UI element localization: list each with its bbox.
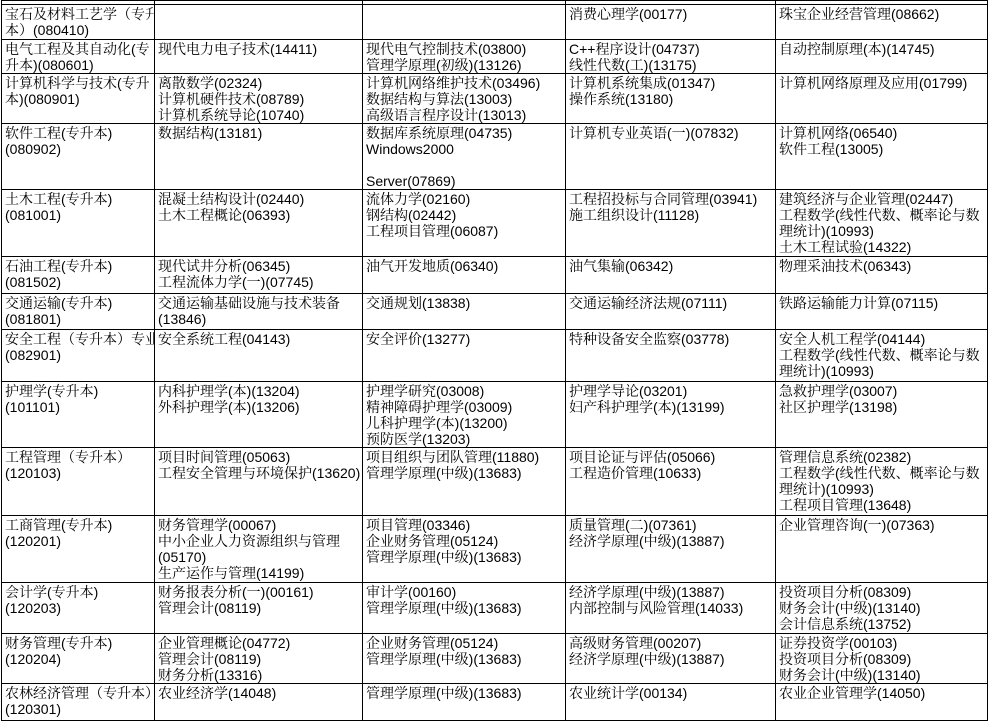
cell-line: (082901) (5, 347, 152, 363)
cell-line: 工程项目管理(06087) (366, 223, 563, 239)
table-row: 安全工程（专升本）专业(082901)安全系统工程(04143)安全评价(132… (2, 330, 988, 382)
table-row: 计算机科学与技术(专升本)(080901)离散数学(02324)计算机硬件技术(… (2, 74, 988, 124)
cell-line: 管理学原理(中级)(13683) (366, 465, 563, 481)
cell-line: 油气开发地质(06340) (366, 258, 563, 274)
course-cell: 项目组织与团队管理(11880)管理学原理(中级)(13683) (363, 448, 566, 516)
cell-line: 安全系统工程(04143) (158, 331, 360, 347)
cell-line: 财务分析(13316) (158, 667, 360, 683)
course-cell: 交通运输经济法规(07111) (566, 294, 776, 330)
cell-line: 社区护理学(13198) (779, 399, 985, 415)
cell-line: 中小企业人力资源组织与管理 (158, 533, 360, 549)
cell-line: 线性代数(工)(13175) (569, 57, 773, 73)
cell-line: 投资项目分析(08309) (779, 584, 985, 600)
table-row: 护理学(专升本)(101101)内科护理学(本)(13204)外科护理学(本)(… (2, 382, 988, 448)
cell-line: 计算机科学与技术(专升 (5, 75, 152, 91)
cell-line: 农业企业管理学(14050) (779, 685, 985, 701)
course-cell: 护理学研究(03008)精神障碍护理学(03009)儿科护理学(本)(13200… (363, 382, 566, 448)
course-cell: 混凝土结构设计(02440)土木工程概论(06393) (155, 190, 363, 257)
major-cell: 安全工程（专升本）专业(082901) (2, 330, 155, 382)
cell-line: (13846) (158, 311, 360, 327)
course-cell: 计算机系统集成(01347)操作系统(13180) (566, 74, 776, 124)
cell-line: 软件工程(13005) (779, 141, 985, 157)
course-cell: 数据库系统原理(04735)Windows2000 Server(07869) (363, 124, 566, 190)
cell-line: 理统计)(10993) (779, 481, 985, 497)
cell-line: 安全人机工程学(04144) (779, 331, 985, 347)
cell-line: 管理学原理(中级)(13683) (366, 549, 563, 565)
cell-line: 管理学原理(中级)(13683) (366, 600, 563, 616)
course-cell: 消费心理学(00177) (566, 5, 776, 40)
cell-line: 升本)(080601) (5, 57, 152, 73)
course-cell: 计算机网络维护技术(03496)数据结构与算法(13003)高级语言程序设计(1… (363, 74, 566, 124)
cell-line: 电气工程及其自动化(专 (5, 41, 152, 57)
cell-line: 经济学原理(中级)(13887) (569, 651, 773, 667)
cell-line: (081001) (5, 207, 152, 223)
course-cell: 质量管理(二)(07361)经济学原理(中级)(13887) (566, 516, 776, 583)
course-cell: 管理信息系统(02382)工程数学(线性代数、概率论与数理统计)(10993)工… (776, 448, 988, 516)
cell-line: 妇产科护理学(本)(13199) (569, 399, 773, 415)
cell-line: 数据库系统原理(04735) (366, 125, 563, 141)
cell-line: (120103) (5, 465, 152, 481)
cell-line: 计算机网络维护技术(03496) (366, 75, 563, 91)
major-cell: 宝石及材料工艺学（专升本）(080410) (2, 5, 155, 40)
cell-line: 高级语言程序设计(13013) (366, 107, 563, 123)
cell-line: 投资项目分析(08309) (779, 651, 985, 667)
course-cell: 企业管理咨询(一)(07363) (776, 516, 988, 583)
course-cell: 安全人机工程学(04144)工程数学(线性代数、概率论与数理统计)(10993) (776, 330, 988, 382)
cell-line: 离散数学(02324) (158, 75, 360, 91)
course-cell: 财务管理学(00067)中小企业人力资源组织与管理(05170)生产运作与管理(… (155, 516, 363, 583)
course-cell: 铁路运输能力计算(07115) (776, 294, 988, 330)
cell-line: 珠宝企业经营管理(08662) (779, 6, 985, 22)
course-cell: 油气集输(06342) (566, 257, 776, 294)
cell-line: 高级财务管理(00207) (569, 635, 773, 651)
cell-line: 财务管理(专升本) (5, 635, 152, 651)
cell-line (366, 157, 563, 173)
course-cell: 财务报表分析(一)(00161)管理会计(08119) (155, 583, 363, 634)
cell-line: 企业财务管理(05124) (366, 635, 563, 651)
cell-line: 管理学原理(中级)(13683) (366, 651, 563, 667)
cell-line: 财务报表分析(一)(00161) (158, 584, 360, 600)
course-schedule-table: 宝石及材料工艺学（专升本）(080410)消费心理学(00177)珠宝企业经营管… (1, 0, 988, 721)
cell-line: 证券投资学(00103) (779, 635, 985, 651)
cell-line: 护理学研究(03008) (366, 383, 563, 399)
cell-line: 交通运输(专升本) (5, 295, 152, 311)
major-cell: 计算机科学与技术(专升本)(080901) (2, 74, 155, 124)
cell-line: 农林经济管理（专升本） (5, 685, 152, 701)
cell-line: 土木工程概论(06393) (158, 207, 360, 223)
course-cell: 经济学原理(中级)(13887)内部控制与风险管理(14033) (566, 583, 776, 634)
cell-line: 交通运输经济法规(07111) (569, 295, 773, 311)
cell-line: 钢结构(02442) (366, 207, 563, 223)
cell-line: 土木工程试验(14322) (779, 239, 985, 255)
cell-line: 项目管理(03346) (366, 517, 563, 533)
table-row: 工程管理（专升本）(120103)项目时间管理(05063)工程安全管理与环境保… (2, 448, 988, 516)
cell-line: C++程序设计(04737) (569, 41, 773, 57)
major-cell: 交通运输(专升本)(081801) (2, 294, 155, 330)
cell-line: 铁路运输能力计算(07115) (779, 295, 985, 311)
major-cell: 工商管理(专升本)(120201) (2, 516, 155, 583)
cell-line: 施工组织设计(11128) (569, 207, 773, 223)
course-cell: 计算机网络原理及应用(01799) (776, 74, 988, 124)
course-cell: 高级财务管理(00207)经济学原理(中级)(13887) (566, 634, 776, 684)
course-cell: 珠宝企业经营管理(08662) (776, 5, 988, 40)
major-cell: 土木工程(专升本)(081001) (2, 190, 155, 257)
cell-line: 财务管理学(00067) (158, 517, 360, 533)
cell-line: 安全评价(13277) (366, 331, 563, 347)
major-cell: 工程管理（专升本）(120103) (2, 448, 155, 516)
cell-line: 工程项目管理(13648) (779, 497, 985, 513)
cell-line: 项目组织与团队管理(11880) (366, 449, 563, 465)
course-cell (363, 5, 566, 40)
table-row: 财务管理(专升本)(120204)企业管理概论(04772)管理会计(08119… (2, 634, 988, 684)
cell-line: 管理会计(08119) (158, 600, 360, 616)
major-cell: 会计学(专升本)(120203) (2, 583, 155, 634)
course-cell: 计算机网络(06540)软件工程(13005) (776, 124, 988, 190)
cell-line: 工程管理（专升本） (5, 449, 152, 465)
cell-line: 计算机专业英语(一)(07832) (569, 125, 773, 141)
course-cell: 油气开发地质(06340) (363, 257, 566, 294)
cell-line: 现代试井分析(06345) (158, 258, 360, 274)
cell-line: 外科护理学(本)(13206) (158, 399, 360, 415)
cell-line: Windows2000 (366, 141, 563, 157)
cell-line: (081801) (5, 311, 152, 327)
cell-line: 计算机系统集成(01347) (569, 75, 773, 91)
table-row: 农林经济管理（专升本）(120301)农业经济学(14048)管理学原理(中级)… (2, 684, 988, 721)
cell-line: 流体力学(02160) (366, 191, 563, 207)
major-cell: 石油工程(专升本)(081502) (2, 257, 155, 294)
course-cell: 离散数学(02324)计算机硬件技术(08789)计算机系统导论(10740) (155, 74, 363, 124)
course-cell: C++程序设计(04737)线性代数(工)(13175) (566, 40, 776, 74)
cell-line: 会计学(专升本) (5, 584, 152, 600)
cell-line: (120203) (5, 600, 152, 616)
cell-line: (080902) (5, 141, 152, 157)
cell-line: 经济学原理(中级)(13887) (569, 533, 773, 549)
cell-line: 操作系统(13180) (569, 91, 773, 107)
cell-line: 急救护理学(03007) (779, 383, 985, 399)
cell-line: 计算机系统导论(10740) (158, 107, 360, 123)
table-row: 交通运输(专升本)(081801)交通运输基础设施与技术装备(13846)交通规… (2, 294, 988, 330)
course-cell: 项目时间管理(05063)工程安全管理与环境保护(13620) (155, 448, 363, 516)
cell-line: 审计学(00160) (366, 584, 563, 600)
course-cell: 物理采油技术(06343) (776, 257, 988, 294)
cell-line: 物理采油技术(06343) (779, 258, 985, 274)
course-cell: 护理学导论(03201)妇产科护理学(本)(13199) (566, 382, 776, 448)
cell-line: 特种设备安全监察(03778) (569, 331, 773, 347)
cell-line: 混凝土结构设计(02440) (158, 191, 360, 207)
cell-line: 管理会计(08119) (158, 651, 360, 667)
cell-line: 消费心理学(00177) (569, 6, 773, 22)
cell-line: 计算机硬件技术(08789) (158, 91, 360, 107)
table-row: 软件工程(专升本)(080902)数据结构(13181)数据库系统原理(0473… (2, 124, 988, 190)
cell-line: 计算机网络原理及应用(01799) (779, 75, 985, 91)
cell-line: 农业统计学(00134) (569, 685, 773, 701)
course-cell: 审计学(00160)管理学原理(中级)(13683) (363, 583, 566, 634)
table-row: 宝石及材料工艺学（专升本）(080410)消费心理学(00177)珠宝企业经营管… (2, 5, 988, 40)
cell-line: 预防医学(13203) (366, 431, 563, 447)
course-cell: 企业管理概论(04772)管理会计(08119)财务分析(13316) (155, 634, 363, 684)
document-page: 宝石及材料工艺学（专升本）(080410)消费心理学(00177)珠宝企业经营管… (0, 0, 990, 721)
cell-line: 建筑经济与企业管理(02447) (779, 191, 985, 207)
course-cell: 现代电力电子技术(14411) (155, 40, 363, 74)
cell-line: 内科护理学(本)(13204) (158, 383, 360, 399)
course-cell (155, 5, 363, 40)
cell-line: (120201) (5, 533, 152, 549)
course-cell: 项目论证与评估(05066)工程造价管理(10633) (566, 448, 776, 516)
cell-line: 项目论证与评估(05066) (569, 449, 773, 465)
cell-line: 财务会计(中级)(13140) (779, 600, 985, 616)
course-cell: 特种设备安全监察(03778) (566, 330, 776, 382)
course-table-body: 宝石及材料工艺学（专升本）(080410)消费心理学(00177)珠宝企业经营管… (2, 1, 988, 721)
cell-line: 农业经济学(14048) (158, 685, 360, 701)
course-cell: 数据结构(13181) (155, 124, 363, 190)
cell-line: 管理学原理(中级)(13683) (366, 685, 563, 701)
course-cell: 农业企业管理学(14050) (776, 684, 988, 721)
table-row: 会计学(专升本)(120203)财务报表分析(一)(00161)管理会计(081… (2, 583, 988, 634)
cell-line: 工商管理(专升本) (5, 517, 152, 533)
cell-line: 工程招投标与合同管理(03941) (569, 191, 773, 207)
cell-line: 护理学(专升本) (5, 383, 152, 399)
cell-line: 工程造价管理(10633) (569, 465, 773, 481)
cell-line: 企业财务管理(05124) (366, 533, 563, 549)
cell-line: 工程数学(线性代数、概率论与数 (779, 465, 985, 481)
major-cell: 电气工程及其自动化(专升本)(080601) (2, 40, 155, 74)
course-cell: 证券投资学(00103)投资项目分析(08309)财务会计(中级)(13140) (776, 634, 988, 684)
table-row: 石油工程(专升本)(081502)现代试井分析(06345)工程流体力学(一)(… (2, 257, 988, 294)
cell-line: (101101) (5, 399, 152, 415)
major-cell: 农林经济管理（专升本）(120301) (2, 684, 155, 721)
cell-line: (05170) (158, 549, 360, 565)
cell-line: 本)(080901) (5, 91, 152, 107)
major-cell: 财务管理(专升本)(120204) (2, 634, 155, 684)
major-cell: 软件工程(专升本)(080902) (2, 124, 155, 190)
course-cell: 流体力学(02160)钢结构(02442)工程项目管理(06087) (363, 190, 566, 257)
cell-line: 数据结构(13181) (158, 125, 360, 141)
cell-line: (120301) (5, 701, 152, 717)
table-row: 电气工程及其自动化(专升本)(080601)现代电力电子技术(14411)现代电… (2, 40, 988, 74)
cell-line: 质量管理(二)(07361) (569, 517, 773, 533)
cell-line: 现代电力电子技术(14411) (158, 41, 360, 57)
cell-line: 理统计)(10993) (779, 363, 985, 379)
cell-line: 现代电气控制技术(03800) (366, 41, 563, 57)
cell-line: 管理学原理(初级)(13126) (366, 57, 563, 73)
cell-line: 交通规划(13838) (366, 295, 563, 311)
course-cell: 投资项目分析(08309)财务会计(中级)(13140)会计信息系统(13752… (776, 583, 988, 634)
course-cell: 现代试井分析(06345)工程流体力学(一)(07745) (155, 257, 363, 294)
course-cell: 农业经济学(14048) (155, 684, 363, 721)
course-cell: 建筑经济与企业管理(02447)工程数学(线性代数、概率论与数理统计)(1099… (776, 190, 988, 257)
course-cell: 管理学原理(中级)(13683) (363, 684, 566, 721)
cell-line: 财务会计(中级)(13140) (779, 667, 985, 683)
course-cell: 安全评价(13277) (363, 330, 566, 382)
cell-line: 内部控制与风险管理(14033) (569, 600, 773, 616)
cell-line: (081502) (5, 274, 152, 290)
course-cell: 项目管理(03346)企业财务管理(05124)管理学原理(中级)(13683) (363, 516, 566, 583)
cell-line: 经济学原理(中级)(13887) (569, 584, 773, 600)
table-row: 工商管理(专升本)(120201)财务管理学(00067)中小企业人力资源组织与… (2, 516, 988, 583)
cell-line: 工程数学(线性代数、概率论与数 (779, 347, 985, 363)
cell-line: 本）(080410) (5, 22, 152, 38)
cell-line: 精神障碍护理学(03009) (366, 399, 563, 415)
cell-line: 土木工程(专升本) (5, 191, 152, 207)
course-cell: 急救护理学(03007)社区护理学(13198) (776, 382, 988, 448)
cell-line: 工程安全管理与环境保护(13620) (158, 465, 360, 481)
cell-line: 项目时间管理(05063) (158, 449, 360, 465)
course-cell: 计算机专业英语(一)(07832) (566, 124, 776, 190)
cell-line: 油气集输(06342) (569, 258, 773, 274)
cell-line: 生产运作与管理(14199) (158, 565, 360, 581)
cell-line: 管理信息系统(02382) (779, 449, 985, 465)
cell-line: 儿科护理学(本)(13200) (366, 415, 563, 431)
course-cell: 工程招投标与合同管理(03941)施工组织设计(11128) (566, 190, 776, 257)
course-cell: 农业统计学(00134) (566, 684, 776, 721)
cell-line: 护理学导论(03201) (569, 383, 773, 399)
cell-line: Server(07869) (366, 173, 563, 189)
cell-line: 企业管理概论(04772) (158, 635, 360, 651)
cell-line: 会计信息系统(13752) (779, 616, 985, 632)
course-cell: 企业财务管理(05124)管理学原理(中级)(13683) (363, 634, 566, 684)
cell-line: 计算机网络(06540) (779, 125, 985, 141)
cell-line: (120204) (5, 651, 152, 667)
course-cell: 现代电气控制技术(03800)管理学原理(初级)(13126) (363, 40, 566, 74)
cell-line: 交通运输基础设施与技术装备 (158, 295, 360, 311)
course-cell: 交通运输基础设施与技术装备(13846) (155, 294, 363, 330)
cell-line: 工程数学(线性代数、概率论与数 (779, 207, 985, 223)
cell-line: 石油工程(专升本) (5, 258, 152, 274)
course-cell: 安全系统工程(04143) (155, 330, 363, 382)
cell-line: 工程流体力学(一)(07745) (158, 274, 360, 290)
course-cell: 自动控制原理(本)(14745) (776, 40, 988, 74)
major-cell: 护理学(专升本)(101101) (2, 382, 155, 448)
course-cell: 内科护理学(本)(13204)外科护理学(本)(13206) (155, 382, 363, 448)
cell-line: 自动控制原理(本)(14745) (779, 41, 985, 57)
cell-line: 宝石及材料工艺学（专升 (5, 6, 152, 22)
cell-line: 理统计)(10993) (779, 223, 985, 239)
course-cell: 交通规划(13838) (363, 294, 566, 330)
table-row: 土木工程(专升本)(081001)混凝土结构设计(02440)土木工程概论(06… (2, 190, 988, 257)
cell-line: 安全工程（专升本）专业 (5, 331, 152, 347)
cell-line: 数据结构与算法(13003) (366, 91, 563, 107)
cell-line: 企业管理咨询(一)(07363) (779, 517, 985, 533)
cell-line: 软件工程(专升本) (5, 125, 152, 141)
